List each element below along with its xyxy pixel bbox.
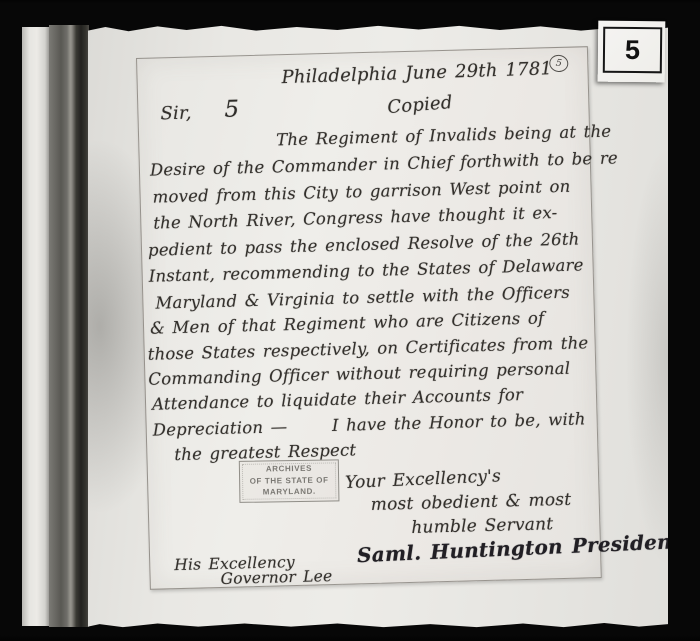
- closing-line: Your Excellency's: [345, 468, 501, 492]
- card-number: 5: [625, 36, 640, 63]
- body-line: Instant, recommending to the States of D…: [149, 257, 584, 285]
- stamp-line: OF THE STATE OF: [250, 475, 329, 487]
- circled-page-number-value: 5: [555, 58, 562, 70]
- album-page: 5 Philadelphia June 29th 1781 Copied Sir…: [88, 24, 668, 629]
- closing-line: most obedient & most: [371, 492, 572, 514]
- body-line: Maryland & Virginia to settle with the O…: [155, 285, 570, 312]
- dateline: Philadelphia June 29th 1781: [281, 60, 552, 87]
- letter-sheet: 5 Philadelphia June 29th 1781 Copied Sir…: [136, 46, 602, 590]
- body-line: the North River, Congress have thought i…: [153, 205, 557, 232]
- signature: Saml. Huntington President: [357, 531, 682, 565]
- binding-gutter: [49, 25, 89, 627]
- stamp-line: MARYLAND.: [263, 487, 316, 499]
- addressee-line: Governor Lee: [220, 569, 332, 587]
- body-line: Desire of the Commander in Chief forthwi…: [150, 150, 618, 179]
- body-line: Commanding Officer without requiring per…: [148, 361, 570, 389]
- card-drawn-border: 5: [603, 27, 662, 74]
- body-line: Depreciation — I have the Honor to be, w…: [153, 411, 586, 439]
- body-line: & Men of that Regiment who are Citizens …: [150, 310, 545, 337]
- page-number-card: 5: [598, 21, 666, 83]
- body-line: pedient to pass the enclosed Resolve of …: [148, 231, 580, 259]
- stamp-line: ARCHIVES: [266, 464, 312, 476]
- body-line: Attendance to liquidate their Accounts f…: [152, 387, 523, 413]
- film-edge-strip: [22, 27, 49, 626]
- pencil-number: 5: [224, 98, 239, 121]
- copied-annotation: Copied: [387, 94, 453, 117]
- archives-stamp: ARCHIVES OF THE STATE OF MARYLAND.: [239, 459, 340, 503]
- body-line: moved from this City to garrison West po…: [152, 179, 570, 206]
- salutation: Sir,: [160, 105, 192, 124]
- closing-line: humble Servant: [411, 516, 553, 537]
- body-line: The Regiment of Invalids being at the: [276, 124, 611, 149]
